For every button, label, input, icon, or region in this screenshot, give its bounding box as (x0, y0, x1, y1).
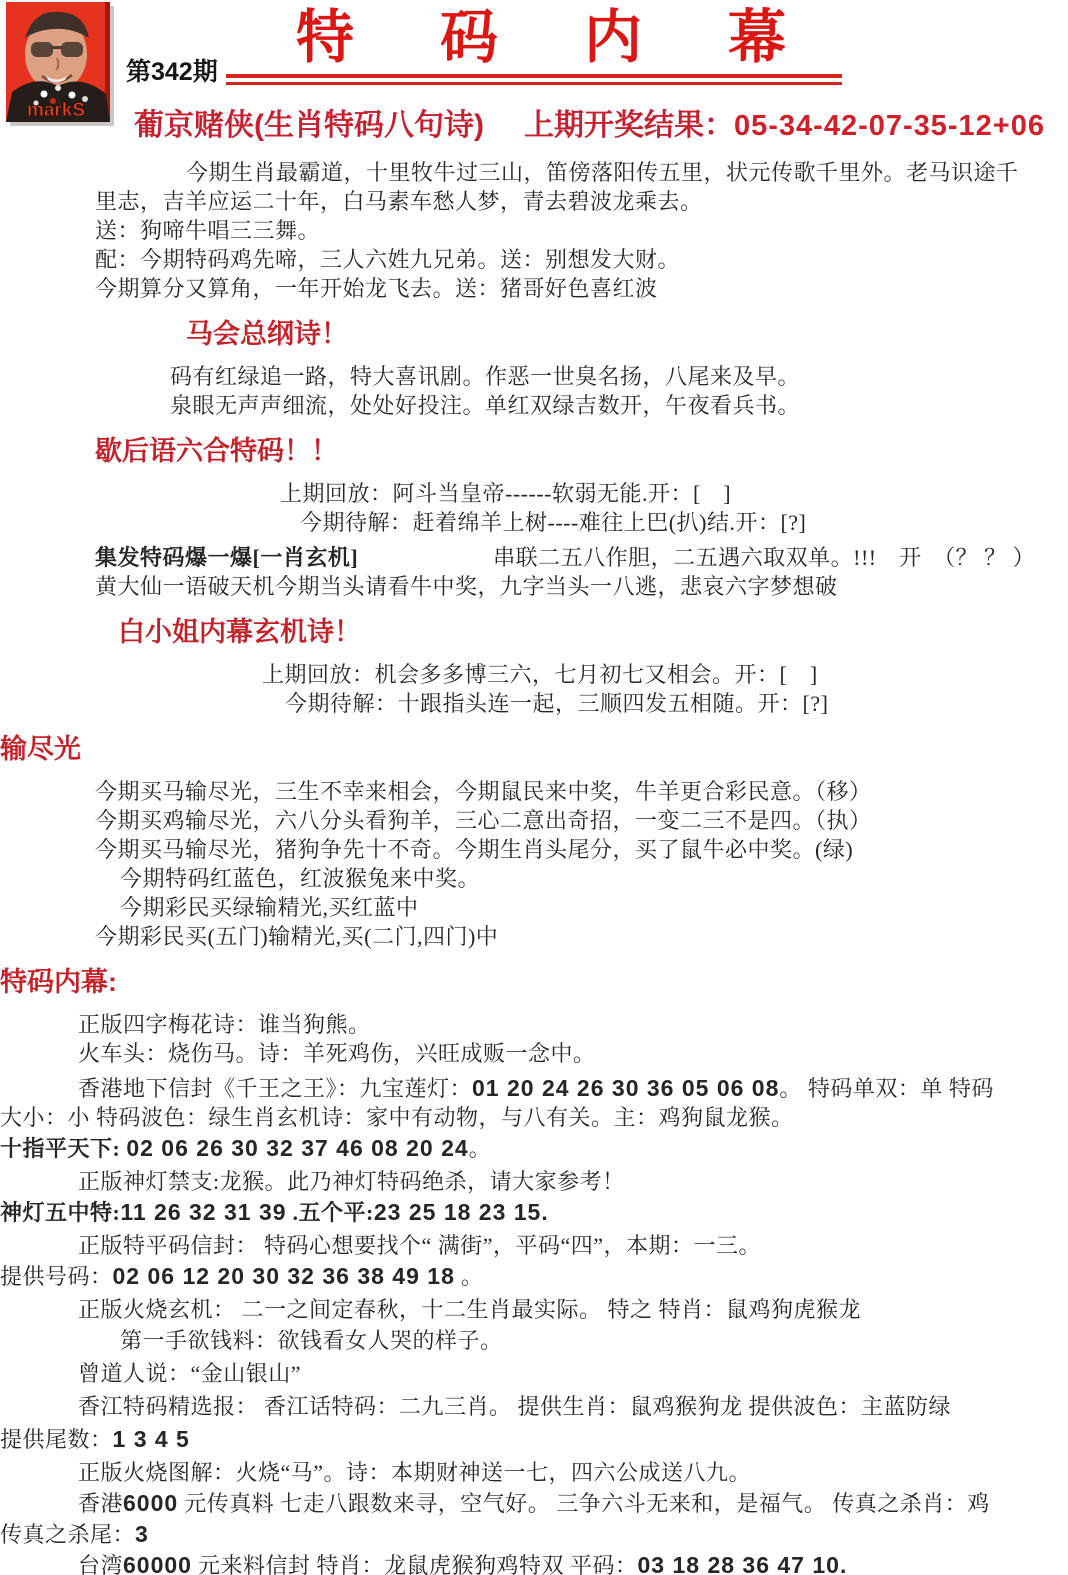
title-block: 特码内幕 (226, 4, 842, 85)
text-segment: 正版神灯禁支:龙猴。此乃神灯特码绝杀，请大家参考！ (78, 1169, 625, 1194)
number-group: 01 20 24 26 30 36 05 06 08 (472, 1075, 779, 1101)
text-segment: 正版特平码信封： 特码心想要找个“ 满街”，平码“四”，本期：一三。 (78, 1233, 761, 1258)
text-segment: 上期回放：阿斗当皇帝------软弱无能.开：[ ] (280, 481, 731, 506)
text-segment: 提供号码： (0, 1264, 113, 1289)
text-segment: 元传真料 七走八跟数来寻，空气好。 三争六斗无来和，是福气。 传真之杀肖：鸡 (178, 1491, 990, 1516)
text-segment: 今期生肖最霸道，十里牧牛过三山，笛傍落阳传五里，状元传歌千里外。老马识途千 (186, 160, 1019, 185)
section-heading: 特码内幕: (0, 965, 1068, 999)
text-segment: 传真之杀尾： (0, 1522, 135, 1547)
last-draw-label: 上期开奖结果： (524, 109, 734, 142)
text-line: 上期回放：机会多多博三六，七月初七又相会。开：[ ] (0, 660, 1068, 689)
masthead-photo: markS (6, 2, 110, 122)
number-group: 6000 (123, 1490, 178, 1516)
text-segment: 正版四字梅花诗：谁当狗熊。 (78, 1012, 371, 1037)
text-line: 泉眼无声声细流，处处好投注。单红双绿吉数开，午夜看兵书。 (0, 391, 1068, 420)
text-segment: 上期回放：机会多多博三六，七月初七又相会。开：[ ] (262, 662, 818, 687)
section-heading: 马会总纲诗！ (0, 317, 1068, 351)
photo-caption: markS (27, 100, 85, 121)
text-segment: 特码内幕: (0, 967, 117, 997)
text-segment: 今期待解：赶着绵羊上树----难往上巴(扒)结.开：[?] (300, 510, 806, 535)
text-segment: 泉眼无声声细流，处处好投注。单红双绿吉数开，午夜看兵书。 (170, 393, 800, 418)
text-segment: 香江特码精选报： 香江话特码：二九三肖。 提供生肖：鼠鸡猴狗龙 提供波色：主蓝防… (78, 1394, 951, 1419)
section-heading: 输尽光 (0, 732, 1068, 766)
text-line: 今期待解：赶着绵羊上树----难往上巴(扒)结.开：[?] (0, 508, 1068, 537)
text-line: 火车头：烧伤马。诗：羊死鸡伤，兴旺成贩一念中。 (0, 1039, 1068, 1068)
number-group: 23 25 18 23 15. (374, 1199, 549, 1225)
text-segment: 输尽光 (0, 734, 81, 764)
text-line: 今期买马输尽光，三生不幸来相会，今期鼠民来中奖，牛羊更合彩民意。（移） (0, 777, 1068, 806)
text-segment: 码有红绿追一路，特大喜讯剧。作恶一世臭名扬，八尾来及早。 (170, 364, 800, 389)
text-line: 里志，吉羊应运二十年，白马素车愁人梦，青去碧波龙乘去。 (0, 187, 1068, 216)
series-title: 葡京赌侠(生肖特码八句诗) (134, 109, 484, 142)
number-group: 3 (135, 1521, 149, 1547)
text-segment: 今期买鸡输尽光，六八分头看狗羊，三心二意出奇招，一变二三不是四。（执） (95, 808, 872, 833)
text-segment: 。 (455, 1264, 484, 1289)
text-segment: 。 特码单双：单 特码 (779, 1076, 994, 1101)
text-line: 今期彩民买绿输精光,买红蓝中 (0, 893, 1068, 922)
text-segment: 元来料信封 特肖：龙鼠虎猴狗鸡特双 平码： (192, 1553, 638, 1575)
text-segment: 大小：小 特码波色：绿生肖玄机诗：家中有动物，与八有关。主：鸡狗鼠龙猴。 (0, 1105, 794, 1130)
text-segment: 十指平天下: (0, 1136, 126, 1161)
text-line: 第一手欲钱料：欲钱看女人哭的样子。 (0, 1326, 1068, 1355)
text-segment: 正版火烧玄机： 二一之间定春秋，十二生肖最实际。 特之 特肖：鼠鸡狗虎猴龙 (78, 1297, 861, 1322)
text-segment: 火车头：烧伤马。诗：羊死鸡伤，兴旺成贩一念中。 (78, 1041, 596, 1066)
text-line: 正版四字梅花诗：谁当狗熊。 (0, 1010, 1068, 1039)
text-line: 十指平天下: 02 06 26 30 32 37 46 08 20 24。 (0, 1134, 1068, 1163)
text-line: 正版神灯禁支:龙猴。此乃神灯特码绝杀，请大家参考！ (0, 1167, 1068, 1196)
text-segment: 香港 (78, 1491, 123, 1516)
text-segment: 黄大仙一语破天机今期当头请看牛中奖，九字当头一八逃，悲哀六字梦想破 (95, 574, 838, 599)
text-line: 正版火烧图解：火烧“马”。诗：本期财神送一七，四六公成送八九。 (0, 1458, 1068, 1487)
text-segment: 配：今期特码鸡先啼，三人六姓九兄弟。送：别想发大财。 (95, 247, 680, 272)
number-group: 02 06 26 30 32 37 46 08 20 24 (126, 1135, 468, 1161)
number-group: 02 06 12 20 30 32 36 38 49 18 (113, 1263, 455, 1289)
text-segment: 白小姐内幕玄机诗！ (118, 617, 361, 647)
text-line: 提供号码：02 06 12 20 30 32 36 38 49 18 。 (0, 1262, 1068, 1291)
text-line: 黄大仙一语破天机今期当头请看牛中奖，九字当头一八逃，悲哀六字梦想破 (0, 572, 1068, 601)
text-segment: 第一手欲钱料：欲钱看女人哭的样子。 (120, 1328, 503, 1353)
text-segment: 今期待解：十跟指头连一起，三顺四发五相随。开：[?] (285, 691, 828, 716)
section-heading: 白小姐内幕玄机诗！ (0, 615, 1068, 649)
text-line: 大小：小 特码波色：绿生肖玄机诗：家中有动物，与八有关。主：鸡狗鼠龙猴。 (0, 1103, 1068, 1132)
number-group: 1 3 4 5 (113, 1426, 190, 1452)
text-segment: 马会总纲诗！ (186, 319, 348, 349)
text-segment: 正版火烧图解：火烧“马”。诗：本期财神送一七，四六公成送八九。 (78, 1460, 751, 1485)
subtitle-row: 葡京赌侠(生肖特码八句诗)上期开奖结果：05-34-42-07-35-12+06 (134, 100, 1045, 144)
text-line: 曾道人说：“金山银山” (0, 1359, 1068, 1388)
text-segment: 今期买马输尽光，猪狗争先十不奇。今期生肖头尾分，买了鼠牛必中奖。(绿) (95, 837, 853, 862)
text-segment: 送：狗啼牛唱三三舞。 (95, 218, 320, 243)
text-segment: 。 (469, 1136, 492, 1161)
text-line: 正版特平码信封： 特码心想要找个“ 满街”，平码“四”，本期：一三。 (0, 1231, 1068, 1260)
text-segment: 今期彩民买(五门)输精光,买(二门,四门)中 (95, 924, 498, 949)
number-group: 60000 (123, 1552, 192, 1575)
text-segment: 集发特码爆一爆[一肖玄机] (95, 545, 358, 570)
text-segment: 神灯五中特: (0, 1200, 120, 1225)
title-underline-bottom (226, 82, 842, 85)
text-segment: 歇后语六合特码！！ (95, 436, 338, 466)
text-segment: 香港地下信封《千王之王》：九宝莲灯： (78, 1076, 472, 1101)
text-line: 今期生肖最霸道，十里牧牛过三山，笛傍落阳传五里，状元传歌千里外。老马识途千 (0, 158, 1068, 187)
text-line: 传真之杀尾：3 (0, 1520, 1068, 1549)
text-line: 香江特码精选报： 香江话特码：二九三肖。 提供生肖：鼠鸡猴狗龙 提供波色：主蓝防… (0, 1392, 1068, 1421)
text-line: 今期待解：十跟指头连一起，三顺四发五相随。开：[?] (0, 689, 1068, 718)
text-segment: 串联二五八作胆，二五遇六取双单。!!! 开 （？ ？ ） (358, 545, 1035, 570)
number-group: 11 26 32 31 39 (120, 1199, 286, 1225)
text-segment: 今期特码红蓝色，红波猴兔来中奖。 (120, 866, 480, 891)
text-line: 上期回放：阿斗当皇帝------软弱无能.开：[ ] (0, 479, 1068, 508)
text-line: 香港6000 元传真料 七走八跟数来寻，空气好。 三争六斗无来和，是福气。 传真… (0, 1489, 1068, 1518)
body-lines: 今期生肖最霸道，十里牧牛过三山，笛傍落阳传五里，状元传歌千里外。老马识途千里志，… (0, 158, 1068, 1575)
text-segment: 里志，吉羊应运二十年，白马素车愁人梦，青去碧波龙乘去。 (95, 189, 703, 214)
text-line: 台湾60000 元来料信封 特肖：龙鼠虎猴狗鸡特双 平码：03 18 28 36… (0, 1551, 1068, 1575)
text-line: 今期彩民买(五门)输精光,买(二门,四门)中 (0, 922, 1068, 951)
text-line: 集发特码爆一爆[一肖玄机] 串联二五八作胆，二五遇六取双单。!!! 开 （？ ？… (0, 543, 1068, 572)
section-heading: 歇后语六合特码！！ (0, 434, 1068, 468)
page: markS 第342期 特码内幕 葡京赌侠(生肖特码八句诗)上期开奖结果：05-… (0, 0, 1068, 1575)
text-line: 今期买鸡输尽光，六八分头看狗羊，三心二意出奇招，一变二三不是四。（执） (0, 806, 1068, 835)
issue-number: 第342期 (126, 52, 218, 88)
last-draw-numbers: 05-34-42-07-35-12+06 (734, 110, 1045, 142)
text-line: 今期特码红蓝色，红波猴兔来中奖。 (0, 864, 1068, 893)
title-underline-top (226, 74, 842, 78)
text-line: 正版火烧玄机： 二一之间定春秋，十二生肖最实际。 特之 特肖：鼠鸡狗虎猴龙 (0, 1295, 1068, 1324)
number-group: 03 18 28 36 47 10. (638, 1552, 848, 1575)
text-line: 配：今期特码鸡先啼，三人六姓九兄弟。送：别想发大财。 (0, 245, 1068, 274)
text-segment: 今期买马输尽光，三生不幸来相会，今期鼠民来中奖，牛羊更合彩民意。（移） (95, 779, 872, 804)
mark-six-tipster-portrait: markS (6, 2, 110, 122)
text-line: 今期算分又算角，一年开始龙飞去。送：猪哥好色喜红波 (0, 274, 1068, 303)
text-line: 神灯五中特:11 26 32 31 39 .五个平:23 25 18 23 15… (0, 1198, 1068, 1227)
text-line: 送：狗啼牛唱三三舞。 (0, 216, 1068, 245)
text-line: 香港地下信封《千王之王》：九宝莲灯：01 20 24 26 30 36 05 0… (0, 1074, 1068, 1103)
text-line: 今期买马输尽光，猪狗争先十不奇。今期生肖头尾分，买了鼠牛必中奖。(绿) (0, 835, 1068, 864)
text-line: 提供尾数：1 3 4 5 (0, 1425, 1068, 1454)
masthead: markS 第342期 特码内幕 葡京赌侠(生肖特码八句诗)上期开奖结果：05-… (0, 0, 1068, 158)
text-segment: 曾道人说：“金山银山” (78, 1361, 301, 1386)
text-segment: 今期彩民买绿输精光,买红蓝中 (120, 895, 419, 920)
text-segment: 台湾 (78, 1553, 123, 1575)
text-segment: 今期算分又算角，一年开始龙飞去。送：猪哥好色喜红波 (95, 276, 658, 301)
text-segment: .五个平: (287, 1200, 374, 1225)
text-segment: 提供尾数： (0, 1427, 113, 1452)
page-title: 特码内幕 (226, 4, 842, 72)
text-line: 码有红绿追一路，特大喜讯剧。作恶一世臭名扬，八尾来及早。 (0, 362, 1068, 391)
